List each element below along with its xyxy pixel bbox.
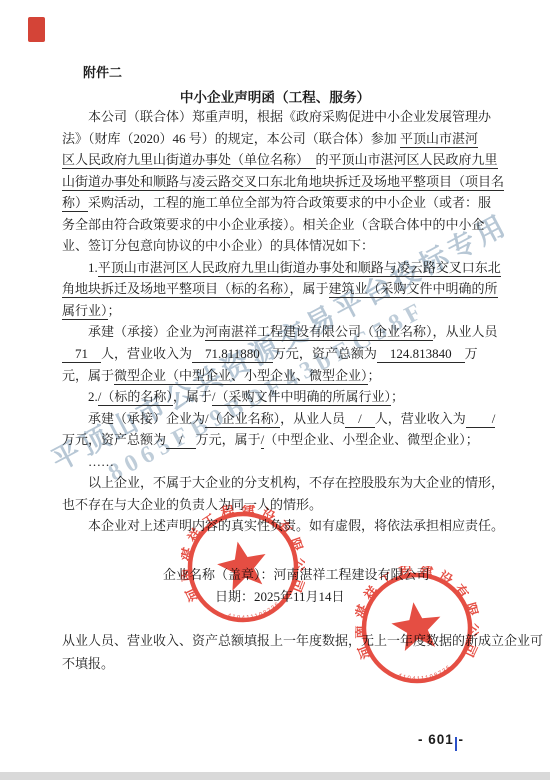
underlined-field: 平顶山市湛河 <box>400 131 478 148</box>
page-number: - 601 - <box>418 732 464 747</box>
doc-line: 法》（财库（2020）46 号）的规定，本公司（联合体）参加 平顶山市湛河 <box>62 128 498 150</box>
document-page: 平顶山市公共资源交易平台投标专用 8065FB9BDF43bEC58F 附件二 … <box>0 0 550 780</box>
underlined-field: 平顶山市湛河区人民政府九里山街道办事处和顺路与凌云路交叉口东北 <box>98 260 501 277</box>
doc-text: 万元，属于 <box>196 432 261 447</box>
doc-line: 2./（标的名称），属于/（采购文件中明确的所属行业）； <box>62 386 498 408</box>
underlined-field: 属行业） <box>62 303 108 320</box>
doc-line: 1.平顶山市湛河区人民政府九里山街道办事处和顺路与凌云路交叉口东北 <box>62 257 498 279</box>
doc-line: 业、签订分包意向协议的中小企业）的具体情况如下： <box>62 235 498 257</box>
footnote-line-2: 不填报。 <box>62 653 114 672</box>
doc-line: 承建（承接）企业为/（企业名称），从业人员 / 人，营业收入为 / <box>62 408 498 430</box>
doc-text: ； <box>108 303 121 318</box>
underlined-field: 124.813840 <box>377 346 465 363</box>
doc-text: 1. <box>88 260 98 275</box>
doc-line: 71 人，营业收入为 71.811880 万元，资产总额为 124.813840… <box>62 343 498 365</box>
underlined-field: /（企业名称） <box>205 411 280 428</box>
doc-text: 以上企业，不属于大企业的分支机构，不存在控股股东为大企业的情形， <box>88 475 504 490</box>
doc-line: 万元，资产总额为 / 万元，属于/（中型企业、小型企业、微型企业）； <box>62 429 498 451</box>
doc-text: 万元，资产总额为 <box>62 432 166 447</box>
document-title: 中小企业声明函（工程、服务） <box>0 86 550 106</box>
doc-text: 承建（承接）企业为 <box>88 324 205 339</box>
underlined-field: 平顶山市湛河区人民政府九里 <box>329 152 498 169</box>
underlined-field: / <box>166 432 196 449</box>
attachment-label: 附件二 <box>83 62 122 81</box>
underlined-field: / <box>466 411 496 428</box>
underlined-field: 建筑业（采购文件中明确的所 <box>329 281 498 298</box>
doc-text: 本公司（联合体）郑重声明，根据《政府采购促进中小企业发展管理办 <box>88 109 491 124</box>
doc-text: 采购活动，工程的施工单位全部为符合政策要求的中小企业（或者：服 <box>88 195 491 210</box>
underlined-field: 71.811880 <box>192 346 273 363</box>
doc-text: 2. <box>88 389 98 404</box>
doc-text: ，属于 <box>290 281 329 296</box>
doc-text: （中型企业、小型企业、微型企业）； <box>264 432 479 447</box>
company-seal-icon: 河南湛祥工程建设有限公司 4104111087368 <box>355 566 479 690</box>
doc-line: 本公司（联合体）郑重声明，根据《政府采购促进中小企业发展管理办 <box>62 106 498 128</box>
doc-line: 称）采购活动，工程的施工单位全部为符合政策要求的中小企业（或者：服 <box>62 192 498 214</box>
doc-text: 务全部由符合政策要求的中小企业承接）。相关企业（含联合体中的中小企 <box>62 217 485 232</box>
text-cursor <box>455 737 457 751</box>
underlined-field: /（采购文件中明确的所属行业） <box>212 389 391 406</box>
seal-star-icon <box>389 599 445 652</box>
red-corner-stamp-icon <box>28 17 45 42</box>
doc-line: 角地块拆迁及场地平整项目（标的名称），属于建筑业（采购文件中明确的所 <box>62 278 498 300</box>
underlined-field: / <box>345 411 375 428</box>
doc-line: 以上企业，不属于大企业的分支机构，不存在控股股东为大企业的情形， <box>62 472 498 494</box>
doc-text: 业、签订分包意向协议的中小企业）的具体情况如下： <box>62 238 374 253</box>
doc-text: 人，营业收入为 <box>101 346 192 361</box>
doc-text: 万元，资产总额为 <box>273 346 377 361</box>
seal-star-icon <box>213 536 271 592</box>
underlined-field: 山街道办事处和顺路与凌云路交叉口东北角地块拆迁及场地平整项目（项目名 <box>62 174 504 191</box>
doc-line: 属行业）； <box>62 300 498 322</box>
viewer-background-strip <box>0 772 550 780</box>
document-body: 本公司（联合体）郑重声明，根据《政府采购促进中小企业发展管理办法》（财库（202… <box>62 106 498 537</box>
doc-text: 人，营业收入为 <box>375 411 466 426</box>
doc-line: 区人民政府九里山街道办事处（单位名称） 的平顶山市湛河区人民政府九里 <box>62 149 498 171</box>
doc-text: ； <box>391 389 404 404</box>
underlined-field: 河南湛祥工程建设有限公司（企业名称） <box>205 324 433 341</box>
doc-text: …… <box>88 454 114 469</box>
company-seal-icon: 河南湛祥工程建设有限公司 4104111087368 <box>181 505 305 629</box>
doc-text: ，从业人员 <box>280 411 345 426</box>
doc-text: 万 <box>465 346 478 361</box>
doc-text: 的 <box>316 152 329 167</box>
underlined-field: 微型企业（中型企业、小型企业、微型企业） <box>114 368 368 385</box>
doc-text: 承建（承接）企业为 <box>88 411 205 426</box>
underlined-field: 角地块拆迁及场地平整项目（标的名称） <box>62 281 290 298</box>
doc-text: ； <box>368 368 381 383</box>
doc-text: ，属于 <box>173 389 212 404</box>
underlined-field: /（标的名称） <box>98 389 173 406</box>
underlined-field: 称） <box>62 195 88 212</box>
underlined-field: 区人民政府九里山街道办事处（单位名称） <box>62 152 303 169</box>
doc-text: 法》（财库（2020）46 号）的规定，本公司（联合体）参加 <box>62 131 400 146</box>
doc-line: 元，属于微型企业（中型企业、小型企业、微型企业）； <box>62 365 498 387</box>
doc-line: 务全部由符合政策要求的中小企业承接）。相关企业（含联合体中的中小企 <box>62 214 498 236</box>
underlined-field: 71 <box>62 346 101 363</box>
doc-text: ，从业人员 <box>433 324 498 339</box>
underlined-field <box>303 152 316 169</box>
doc-text: 元，属于 <box>62 368 114 383</box>
doc-line: …… <box>62 451 498 473</box>
doc-line: 山街道办事处和顺路与凌云路交叉口东北角地块拆迁及场地平整项目（项目名 <box>62 171 498 193</box>
doc-line: 承建（承接）企业为河南湛祥工程建设有限公司（企业名称），从业人员 <box>62 321 498 343</box>
